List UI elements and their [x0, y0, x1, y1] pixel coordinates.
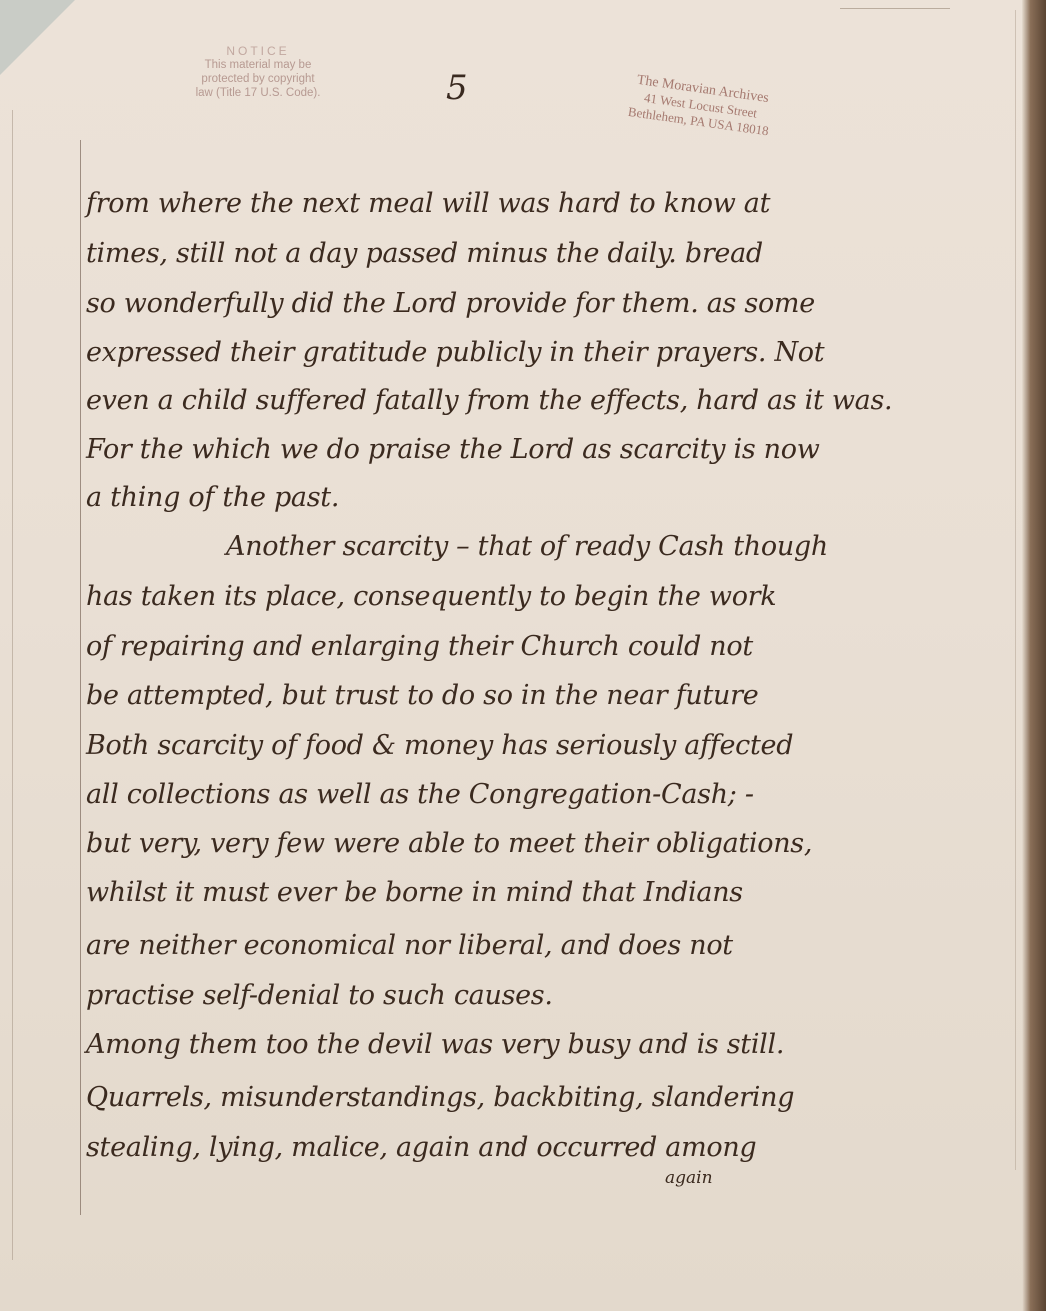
manuscript-line: stealing, lying, malice, again and occur…	[86, 1132, 1016, 1163]
notice-line: protected by copyright	[168, 72, 348, 86]
manuscript-line: be attempted, but trust to do so in the …	[86, 680, 1016, 711]
manuscript-line: Another scarcity – that of ready Cash th…	[226, 531, 1046, 562]
manuscript-line: from where the next meal will was hard t…	[86, 188, 1016, 219]
notice-line: This material may be	[168, 58, 348, 72]
notice-line: law (Title 17 U.S. Code).	[168, 86, 348, 100]
left-margin-line	[80, 140, 81, 1215]
manuscript-line: whilst it must ever be borne in mind tha…	[86, 877, 1016, 908]
manuscript-page: NOTICE This material may be protected by…	[0, 0, 1046, 1311]
manuscript-line: has taken its place, consequently to beg…	[86, 581, 1016, 612]
archives-stamp: The Moravian Archives 41 West Locust Str…	[583, 66, 817, 146]
interlinear-insertion: again	[665, 1168, 713, 1188]
manuscript-line: Quarrels, misunderstandings, backbiting,…	[86, 1082, 1016, 1113]
top-rule-line	[840, 8, 950, 9]
manuscript-line: but very, very few were able to meet the…	[86, 828, 1016, 859]
manuscript-line: all collections as well as the Congregat…	[86, 779, 1016, 810]
manuscript-line: so wonderfully did the Lord provide for …	[86, 288, 1016, 319]
manuscript-line: For the which we do praise the Lord as s…	[86, 434, 1016, 465]
manuscript-line: even a child suffered fatally from the e…	[86, 385, 1016, 416]
copyright-notice-stamp: NOTICE This material may be protected by…	[168, 44, 348, 100]
manuscript-line: expressed their gratitude publicly in th…	[86, 337, 1016, 368]
outer-margin-line	[12, 110, 13, 1260]
manuscript-line: Among them too the devil was very busy a…	[86, 1029, 1016, 1060]
notice-title: NOTICE	[168, 44, 348, 58]
page-number: 5	[446, 68, 468, 108]
page-edge-shadow	[1022, 0, 1046, 1311]
manuscript-line: practise self-denial to such causes.	[86, 980, 1016, 1011]
manuscript-line: Both scarcity of food & money has seriou…	[86, 730, 1016, 761]
manuscript-line: of repairing and enlarging their Church …	[86, 631, 1016, 662]
folded-corner	[0, 0, 75, 75]
manuscript-line: times, still not a day passed minus the …	[86, 238, 1016, 269]
manuscript-line: a thing of the past.	[86, 482, 1016, 513]
manuscript-line: are neither economical nor liberal, and …	[86, 930, 1016, 961]
